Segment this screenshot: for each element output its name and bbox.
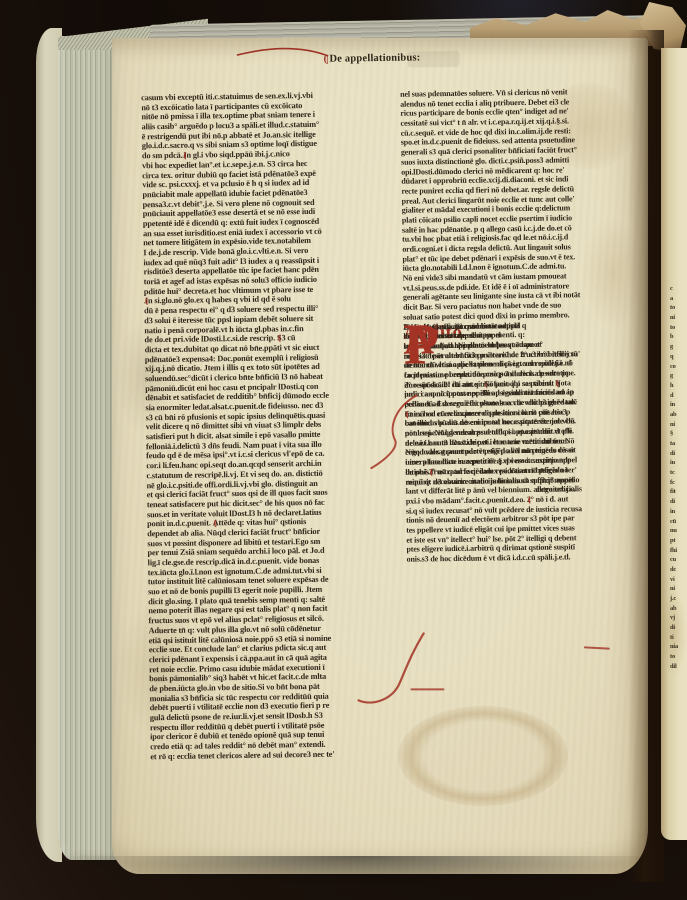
- text-line: g: [670, 342, 686, 352]
- text-line: tc: [670, 468, 686, 478]
- text-line: to: [670, 303, 686, 313]
- text-line: h: [670, 381, 686, 391]
- text-line: vi: [670, 575, 686, 585]
- text-line: b: [670, 332, 686, 342]
- facing-page-sliver: catonitobgqcoghdinabni§tadiiutcfcfitdiin…: [661, 48, 687, 840]
- paragraph-mark-icon: (|: [527, 495, 532, 505]
- paragraph-mark-icon: (|: [405, 409, 410, 419]
- text-column-left: casum vbi exceptū iti.c.statuimus de sen…: [141, 90, 369, 761]
- paragraph-mark-icon: (|: [277, 334, 282, 344]
- text-line: iu: [670, 458, 686, 468]
- text-column-right: nel suas pdemnatōes soluere. Vn̄ si cler…: [400, 87, 607, 322]
- rubric-swash-icon: [231, 44, 331, 65]
- paragraph-mark-icon: (|: [324, 54, 328, 65]
- text-line: c: [670, 284, 686, 294]
- text-line: cu: [670, 555, 686, 565]
- text-line: a: [670, 294, 686, 304]
- text-line: di: [670, 623, 686, 633]
- text-line: nia: [670, 642, 686, 652]
- initial-p: P: [403, 321, 455, 351]
- text-line: ab: [670, 410, 686, 420]
- text-line: in: [670, 400, 686, 410]
- page-content: (|De appellationibus: casum vbi exceptū …: [112, 38, 648, 874]
- facing-page-text-fragments: catonitobgqcoghdinabni§tadiiutcfcfitdiin…: [670, 284, 686, 672]
- gutter-shadow: [628, 30, 664, 882]
- text-line: fhi: [670, 546, 686, 556]
- paragraph-mark-icon: (|: [213, 519, 218, 529]
- text-line: onis.s3 de hoc dicēdum ē vt dicā i.d.c.c…: [407, 552, 583, 564]
- text-line: ni: [670, 584, 686, 594]
- text-line: g: [670, 371, 686, 381]
- text-line: nu: [670, 526, 686, 536]
- peruenit-block: P Eruenit. Casus. Si canonicus ad residē…: [403, 319, 607, 322]
- text-line: co: [670, 362, 686, 372]
- text-line: q: [670, 352, 686, 362]
- rubric-stroke: [584, 646, 610, 649]
- paragraph-mark-icon: (|: [144, 297, 149, 307]
- text-line: vj: [670, 613, 686, 623]
- photo-background: (|De appellationibus: casum vbi exceptū …: [0, 0, 687, 900]
- text-line: et rō q: ecclia tenet clericos alere ad …: [150, 749, 369, 762]
- text-line: ti: [670, 633, 686, 643]
- text-line: dil: [670, 662, 686, 672]
- text-line: to: [670, 652, 686, 662]
- text-line: cū: [670, 517, 686, 527]
- text-line: fc: [670, 478, 686, 488]
- text-line: ab: [670, 604, 686, 614]
- text-line: di: [670, 449, 686, 459]
- text-line: j.c: [670, 594, 686, 604]
- rubric-underline: [410, 688, 444, 690]
- text-line: to: [670, 323, 686, 333]
- text-line: d: [670, 391, 686, 401]
- paragraph-mark-icon: (|: [182, 151, 187, 161]
- left-page: (|De appellationibus: casum vbi exceptū …: [112, 38, 648, 874]
- running-title-text: De appellationibus:: [329, 52, 420, 64]
- text-line: ta: [670, 439, 686, 449]
- text-line: ni: [670, 313, 686, 323]
- text-line: fit: [670, 487, 686, 497]
- text-line: in: [670, 507, 686, 517]
- text-line: ni: [670, 420, 686, 430]
- paragraph-mark-icon: (|: [555, 378, 560, 388]
- running-title: (|De appellationibus:: [324, 54, 330, 68]
- text-line: di: [670, 497, 686, 507]
- text-line: §: [670, 429, 686, 439]
- paragraph-mark-icon: (|: [429, 467, 434, 477]
- text-line: dc: [670, 565, 686, 575]
- text-line: pt: [670, 536, 686, 546]
- book-cast-shadow: [60, 856, 660, 886]
- paragraph-block: nel suas pdemnatōes soluere. Vn̄ si cler…: [400, 87, 607, 322]
